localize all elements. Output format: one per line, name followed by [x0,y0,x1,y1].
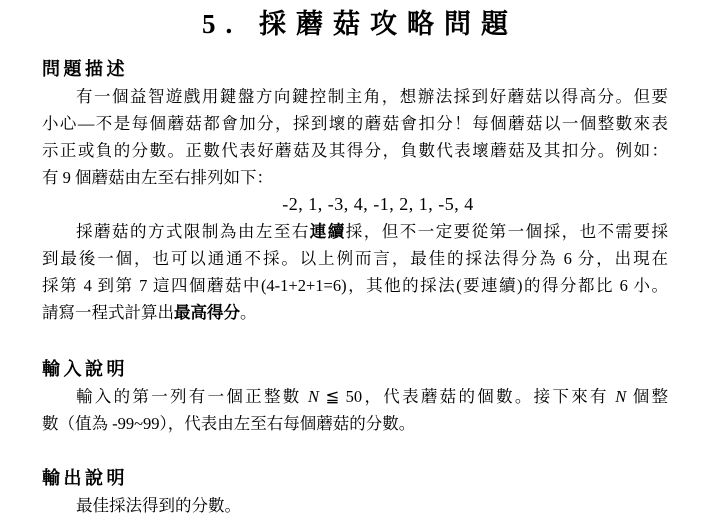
problem-paragraph2-line3: 採第 4 到第 7 這四個蘑菇中(4-1+2+1=6)，其他的採法(要連續)的得… [42,272,668,299]
text-segment: 採，但不一定要從第一個採，也不需要採 [346,222,668,241]
document-page: 5. 採蘑菇攻略問題 問題描述 有一個益智遊戲用鍵盤方向鍵控制主角，想辦法採到好… [0,0,708,519]
page-title: 5. 採蘑菇攻略問題 [42,6,668,42]
problem-section-heading: 問題描述 [42,56,668,83]
input-line2: 數（值為 -99~99），代表由左至右每個蘑菇的分數。 [42,410,668,437]
problem-paragraph1-line3: 示正或負的分數。正數代表好蘑菇及其得分，負數代表壞蘑菇及其扣分。例如： [42,137,668,164]
bold-keyword-continuous: 連續 [310,222,346,241]
output-line1: 最佳採法得到的分數。 [42,492,668,519]
problem-paragraph1-line4: 有 9 個蘑菇由左至右排列如下： [42,164,668,191]
problem-paragraph2-line2: 到最後一個，也可以通通不採。以上例而言，最佳的採法得分為 6 分，出現在 [42,245,668,272]
problem-paragraph2-line4: 請寫一程式計算出最高得分。 [42,299,668,326]
text-segment: 個整 [626,387,668,406]
variable-n: N [615,387,626,406]
text-segment: ≦ 50，代表蘑菇的個數。接下來有 [319,387,615,406]
bold-keyword-max-score: 最高得分 [174,303,240,322]
problem-paragraph1-line1: 有一個益智遊戲用鍵盤方向鍵控制主角，想辦法採到好蘑菇以得高分。但要 [42,83,668,110]
text-segment: 。 [240,303,257,322]
problem-paragraph2-line1: 採蘑菇的方式限制為由左至右連續採，但不一定要從第一個採，也不需要採 [42,218,668,245]
mushroom-scores-example: -2, 1, -3, 4, -1, 2, 1, -5, 4 [42,191,668,218]
text-segment: 輸入的第一列有一個正整數 [76,387,308,406]
input-section-heading: 輸入說明 [42,356,668,383]
text-segment: 採蘑菇的方式限制為由左至右 [76,222,310,241]
text-segment: 請寫一程式計算出 [42,303,174,322]
variable-n: N [308,387,319,406]
input-line1: 輸入的第一列有一個正整數 N ≦ 50，代表蘑菇的個數。接下來有 N 個整 [42,383,668,410]
problem-paragraph1-line2: 小心—不是每個蘑菇都會加分，採到壞的蘑菇會扣分！每個蘑菇以一個整數來表 [42,110,668,137]
output-section-heading: 輸出說明 [42,465,668,492]
